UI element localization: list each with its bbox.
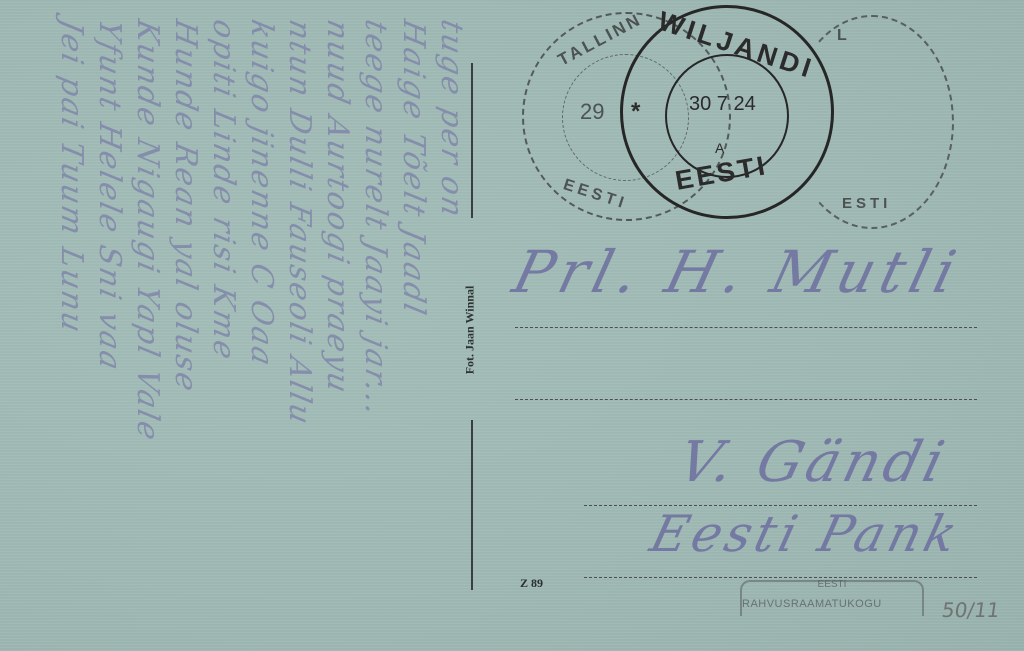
print-code: Z 89 [520, 576, 543, 591]
postmark-city: L [837, 27, 847, 45]
postmark-country: ESTI [842, 195, 891, 212]
message-line: Hunde Rean yal oluse [166, 16, 204, 644]
library-stamp-name: RAHVUSRAAMATUKOGU [742, 598, 882, 610]
recipient-city: V. Gändi [672, 430, 954, 495]
recipient-name: Prl. H. Mutli [507, 238, 969, 306]
postcard-back: tuge per on Haige Tõelt Jaadl teege nure… [0, 0, 1024, 651]
message-line: opiti Linde risi Kme [204, 16, 242, 644]
postmark-viljandi: WILJANDI * 30 7 24 A EESTI [620, 5, 834, 219]
postmark-date: 30 7 24 [689, 93, 756, 116]
address-line-1 [515, 327, 977, 328]
recipient-institution: Eesti Pank [645, 505, 967, 563]
library-stamp: EESTI RAHVUSRAAMATUKOGU [740, 580, 924, 616]
message-line: Jei pai Tuum Lunu [52, 16, 90, 644]
archive-number: 50/11 [940, 598, 1001, 622]
postmark-country: EESTI [561, 176, 630, 214]
handwritten-message: tuge per on Haige Tõelt Jaadl teege nure… [52, 20, 470, 640]
message-line: teege nurelt Jaayi jar... [356, 16, 394, 644]
message-line: kuigo jinenne C Oaa [242, 16, 280, 644]
message-line: ntun Dulli Fauseoli Allu [280, 16, 318, 644]
postmark-date: 29 [580, 99, 604, 125]
star-icon: * [631, 98, 640, 126]
library-stamp-country: EESTI [742, 579, 922, 590]
message-line: Kunde Nigaugi Yapl Vale [128, 16, 166, 644]
center-divider-bottom [471, 420, 473, 590]
handwritten-message-area: tuge per on Haige Tõelt Jaadl teege nure… [0, 0, 470, 651]
center-divider-top [471, 63, 473, 218]
postmark-letter: A [715, 140, 724, 156]
message-line: Haige Tõelt Jaadl [394, 16, 432, 644]
photographer-credit: Fot. Jaan Winnal [463, 286, 478, 375]
address-line-4 [584, 577, 977, 578]
message-line: Yfunt Helele Sni vaa [90, 16, 128, 644]
address-line-2 [515, 399, 977, 400]
message-line: nuud Aurtoogi praeyu [318, 16, 356, 644]
